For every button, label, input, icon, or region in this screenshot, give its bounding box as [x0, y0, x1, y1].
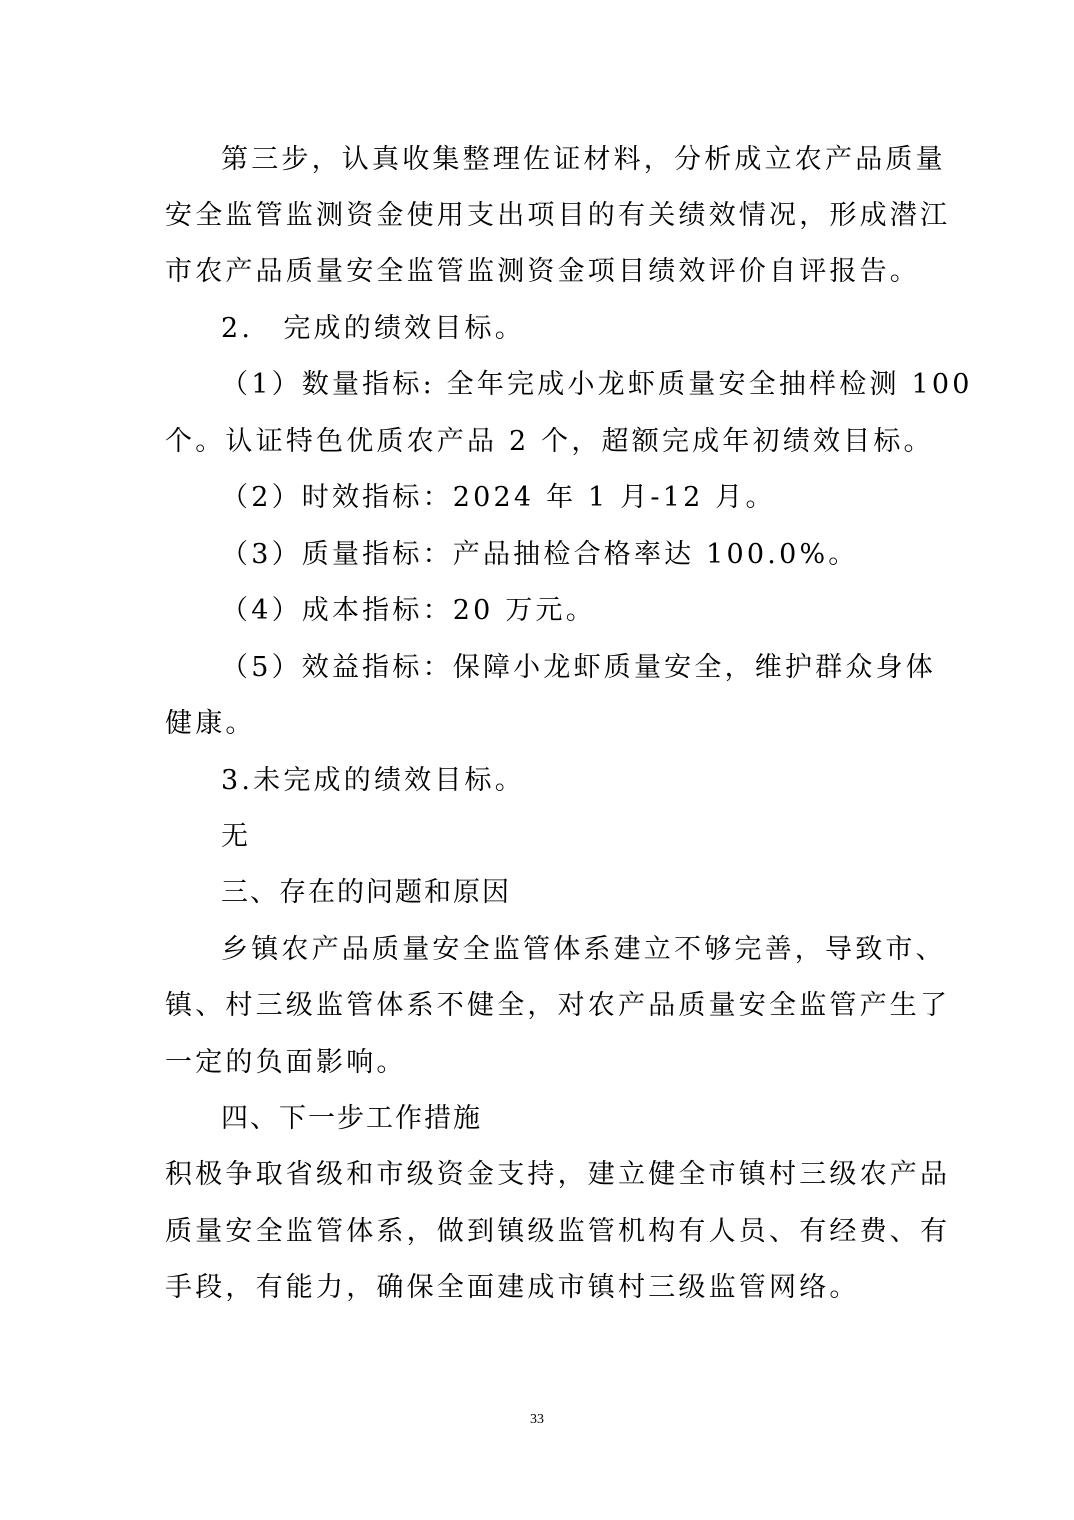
subheading-completed-goals: 2. 完成的绩效目标。 [221, 311, 525, 347]
paragraph-line: （4）成本指标：20 万元。 [221, 593, 596, 629]
paragraph-line: （2）时效指标：2024 年 1 月-12 月。 [221, 480, 776, 516]
paragraph-line: 市农产品质量安全监管监测资金项目绩效评价自评报告。 [165, 254, 920, 290]
paragraph-line: 乡镇农产品质量安全监管体系建立不够完善，导致市、 [221, 932, 946, 968]
paragraph-line: 健康。 [165, 706, 256, 742]
paragraph-line: 手段，有能力，确保全面建成市镇村三级监管网络。 [165, 1270, 860, 1306]
paragraph-line: 个。认证特色优质农产品 2 个，超额完成年初绩效目标。 [165, 424, 934, 460]
paragraph-line: （1）数量指标: 全年完成小龙虾质量安全抽样检测 100 [221, 367, 973, 403]
paragraph-line: 无 [221, 819, 251, 855]
paragraph-line: （3）质量指标：产品抽检合格率达 100.0%。 [221, 537, 859, 573]
paragraph-line: 一定的负面影响。 [165, 1045, 407, 1081]
paragraph-line: 积极争取省级和市级资金支持，建立健全市镇村三级农产品 [165, 1157, 950, 1193]
section-heading-problems: 三、存在的问题和原因 [221, 875, 511, 911]
paragraph-line: 安全监管监测资金使用支出项目的有关绩效情况，形成潜江 [165, 198, 950, 234]
page-number: 33 [0, 1412, 1074, 1428]
paragraph-line: 质量安全监管体系，做到镇级监管机构有人员、有经费、有 [165, 1214, 950, 1250]
paragraph-line: 第三步，认真收集整理佐证材料，分析成立农产品质量 [221, 142, 946, 178]
paragraph-line: 镇、村三级监管体系不健全，对农产品质量安全监管产生了 [165, 988, 950, 1024]
paragraph-line: （5）效益指标：保障小龙虾质量安全，维护群众身体 [221, 650, 936, 686]
subheading-uncompleted-goals: 3.未完成的绩效目标。 [221, 763, 525, 799]
section-heading-next-steps: 四、下一步工作措施 [221, 1101, 482, 1137]
